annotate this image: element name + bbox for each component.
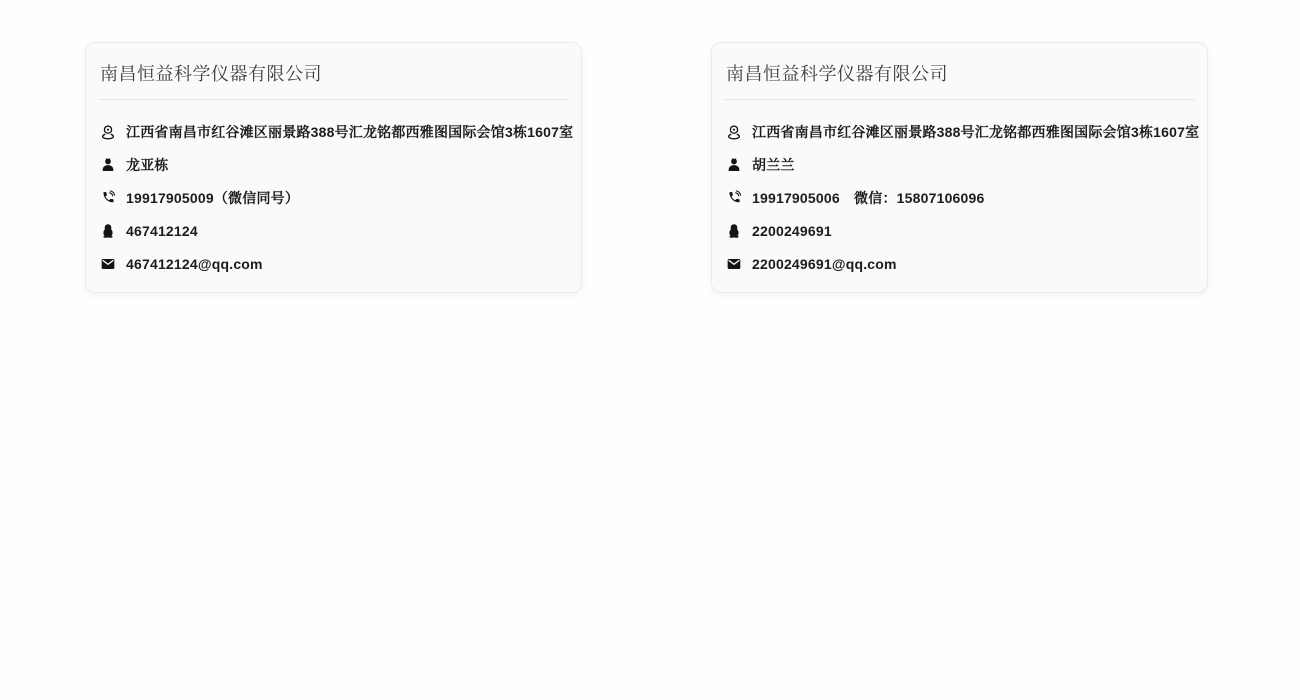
- contact-person-name: 胡兰兰: [752, 155, 795, 175]
- contact-person-icon: [726, 157, 742, 173]
- location-icon: [726, 124, 742, 140]
- qq-icon: [100, 223, 116, 239]
- email-row: 467412124@qq.com: [100, 247, 567, 280]
- contact-person-icon: [100, 157, 116, 173]
- phone-number: 19917905009（微信同号）: [126, 188, 299, 208]
- contact-cards-container: 南昌恒益科学仪器有限公司 江西省南昌市红谷滩区丽景路388号汇龙铭都西雅图国际会…: [0, 0, 1300, 293]
- qq-row: 467412124: [100, 214, 567, 247]
- contact-card-longyadong: 南昌恒益科学仪器有限公司 江西省南昌市红谷滩区丽景路388号汇龙铭都西雅图国际会…: [85, 42, 582, 293]
- card-header: 南昌恒益科学仪器有限公司: [98, 43, 569, 100]
- email-icon: [726, 256, 742, 272]
- qq-row: 2200249691: [726, 214, 1193, 247]
- contact-card-hulanlan: 南昌恒益科学仪器有限公司 江西省南昌市红谷滩区丽景路388号汇龙铭都西雅图国际会…: [711, 42, 1208, 293]
- email-icon: [100, 256, 116, 272]
- contact-person-row: 胡兰兰: [726, 148, 1193, 181]
- address-text: 江西省南昌市红谷滩区丽景路388号汇龙铭都西雅图国际会馆3栋1607室: [126, 122, 573, 142]
- phone-icon: [100, 190, 116, 206]
- card-body: 江西省南昌市红谷滩区丽景路388号汇龙铭都西雅图国际会馆3栋1607室 龙亚栋 …: [98, 100, 569, 280]
- address-row: 江西省南昌市红谷滩区丽景路388号汇龙铭都西雅图国际会馆3栋1607室: [100, 115, 567, 148]
- contact-person-row: 龙亚栋: [100, 148, 567, 181]
- qq-icon: [726, 223, 742, 239]
- card-body: 江西省南昌市红谷滩区丽景路388号汇龙铭都西雅图国际会馆3栋1607室 胡兰兰 …: [724, 100, 1195, 280]
- company-name: 南昌恒益科学仪器有限公司: [726, 60, 948, 86]
- qq-number: 467412124: [126, 223, 198, 239]
- address-text: 江西省南昌市红谷滩区丽景路388号汇龙铭都西雅图国际会馆3栋1607室: [752, 122, 1199, 142]
- phone-icon: [726, 190, 742, 206]
- email-address: 467412124@qq.com: [126, 256, 263, 272]
- email-row: 2200249691@qq.com: [726, 247, 1193, 280]
- address-row: 江西省南昌市红谷滩区丽景路388号汇龙铭都西雅图国际会馆3栋1607室: [726, 115, 1193, 148]
- phone-number: 19917905006 微信：15807106096: [752, 188, 985, 208]
- email-address: 2200249691@qq.com: [752, 256, 897, 272]
- card-header: 南昌恒益科学仪器有限公司: [724, 43, 1195, 100]
- location-icon: [100, 124, 116, 140]
- qq-number: 2200249691: [752, 223, 832, 239]
- phone-row: 19917905009（微信同号）: [100, 181, 567, 214]
- contact-person-name: 龙亚栋: [126, 155, 169, 175]
- company-name: 南昌恒益科学仪器有限公司: [100, 60, 322, 86]
- phone-row: 19917905006 微信：15807106096: [726, 181, 1193, 214]
